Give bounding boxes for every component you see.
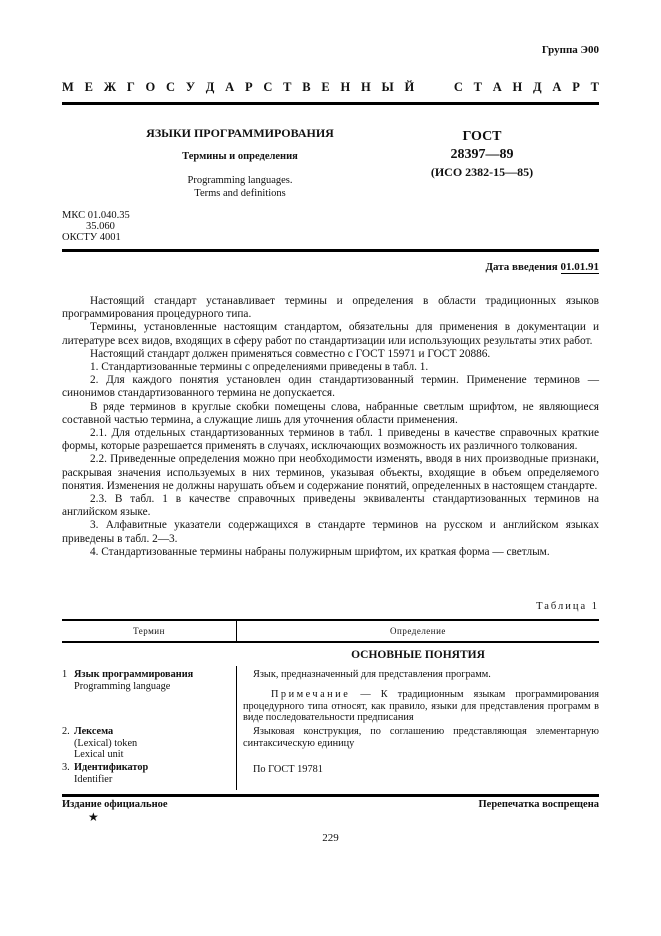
definition-text: Языковая конструкция, по соглашению пред… — [243, 726, 599, 750]
banner-letter: С — [454, 80, 463, 95]
classification-rule — [62, 249, 599, 252]
banner-letter: М — [62, 80, 74, 95]
banner-letter: А — [493, 80, 502, 95]
term-name: Язык программирования — [74, 669, 193, 680]
okstu-code: ОКСТУ 4001 — [62, 232, 130, 243]
banner-letter: А — [225, 80, 234, 95]
group-label: Группа Э00 — [542, 44, 599, 56]
banner-letter: Й — [405, 80, 415, 95]
paragraph: Настоящий стандарт устанавливает термины… — [62, 295, 599, 321]
standard-banner: М Е Ж Г О С У Д А Р С Т В Е Н Н Ы Й С Т … — [62, 80, 599, 95]
body-text: Настоящий стандарт устанавливает термины… — [62, 295, 599, 559]
page-number: 229 — [0, 832, 661, 844]
gost-label: ГОСТ — [412, 129, 552, 145]
english-title-line: Terms and definitions — [110, 187, 370, 200]
paragraph: 2.3. В табл. 1 в качестве справочных при… — [62, 493, 599, 519]
iso-reference: (ИСО 2382-15—85) — [412, 165, 552, 180]
table-top-rule — [62, 619, 599, 621]
term-english: (Lexical) token — [62, 738, 232, 750]
paragraph: В ряде терминов в круглые скобки помещен… — [62, 401, 599, 427]
banner-letter: Р — [572, 80, 580, 95]
term-number: 2. — [62, 726, 74, 738]
table-row-definition: Языковая конструкция, по соглашению пред… — [243, 726, 599, 750]
banner-letter: В — [302, 80, 310, 95]
intro-date-value: 01.01.91 — [561, 261, 600, 274]
mks-code-secondary: 35.060 — [62, 221, 130, 232]
definition-note: Примечание — К традиционным языкам прогр… — [243, 689, 599, 724]
term-name: Лексема — [74, 726, 113, 737]
english-title-line: Programming languages. — [110, 174, 370, 187]
definition-text: Язык, предназначенный для представления … — [243, 669, 599, 681]
classification-codes: МКС 01.040.35 35.060 ОКСТУ 4001 — [62, 210, 130, 243]
banner-letter: Т — [591, 80, 599, 95]
paragraph: 2. Для каждого понятия установлен один с… — [62, 374, 599, 400]
paragraph: 3. Алфавитные указатели содержащихся в с… — [62, 519, 599, 545]
term-number: 1 — [62, 669, 74, 681]
table-bottom-rule — [62, 794, 599, 797]
paragraph: Настоящий стандарт должен применяться со… — [62, 348, 599, 361]
banner-letter: Д — [206, 80, 215, 95]
english-title: Programming languages. Terms and definit… — [110, 174, 370, 200]
star-icon: ★ — [88, 810, 99, 825]
banner-letter: Д — [533, 80, 542, 95]
header-rule — [62, 102, 599, 105]
document-title: ЯЗЫКИ ПРОГРАММИРОВАНИЯ — [110, 126, 370, 141]
table-header-definition: Определение — [237, 626, 599, 636]
banner-letter: Е — [321, 80, 329, 95]
term-name: Идентификатор — [74, 762, 148, 773]
paragraph: 1. Стандартизованные термины с определен… — [62, 361, 599, 374]
banner-letter: Р — [245, 80, 253, 95]
banner-letter: О — [146, 80, 156, 95]
banner-letter: Г — [127, 80, 135, 95]
table-row-term: 2.Лексема (Lexical) token Lexical unit — [62, 726, 232, 761]
table-row-term: 3.Идентификатор Identifier — [62, 762, 232, 785]
banner-letter: У — [186, 80, 195, 95]
table-header-term: Термин — [62, 626, 236, 636]
table-row-definition: Язык, предназначенный для представления … — [243, 669, 599, 724]
mks-code: МКС 01.040.35 — [62, 210, 130, 221]
note-label: Примечание — [271, 689, 350, 700]
table-label: Таблица 1 — [536, 601, 599, 612]
banner-letter: Т — [474, 80, 482, 95]
table-row-term: 1Язык программирования Programming langu… — [62, 669, 232, 692]
document-subtitle: Термины и определения — [110, 151, 370, 162]
term-english: Lexical unit — [62, 749, 232, 761]
reprint-prohibited-label: Перепечатка воспрещена — [479, 799, 599, 810]
banner-gap — [425, 80, 443, 95]
introduction-date: Дата введения 01.01.91 — [485, 261, 599, 273]
paragraph: 4. Стандартизованные термины набраны пол… — [62, 546, 599, 559]
term-english: Programming language — [62, 681, 232, 693]
banner-letter: Ы — [382, 80, 394, 95]
banner-letter: Н — [341, 80, 351, 95]
banner-letter: Е — [85, 80, 93, 95]
intro-date-label: Дата введения — [485, 261, 557, 273]
table-section-heading: ОСНОВНЫЕ ПОНЯТИЯ — [237, 649, 599, 661]
table-header-rule — [62, 641, 599, 643]
term-number: 3. — [62, 762, 74, 774]
banner-letter: С — [166, 80, 175, 95]
official-edition-label: Издание официальное — [62, 799, 168, 810]
banner-letter: С — [263, 80, 272, 95]
paragraph: 2.2. Приведенные определения можно при н… — [62, 453, 599, 493]
table-column-divider — [236, 666, 237, 790]
paragraph: 2.1. Для отдельных стандартизованных тер… — [62, 427, 599, 453]
paragraph: Термины, установленные настоящим стандар… — [62, 321, 599, 347]
banner-letter: А — [552, 80, 561, 95]
term-english: Identifier — [62, 774, 232, 786]
banner-letter: Н — [513, 80, 523, 95]
table-row-definition: По ГОСТ 19781 — [243, 764, 599, 776]
gost-number: 28397—89 — [412, 147, 552, 163]
banner-letter: Ж — [104, 80, 116, 95]
banner-letter: Н — [361, 80, 371, 95]
banner-letter: Т — [283, 80, 291, 95]
definition-text: По ГОСТ 19781 — [243, 764, 599, 776]
